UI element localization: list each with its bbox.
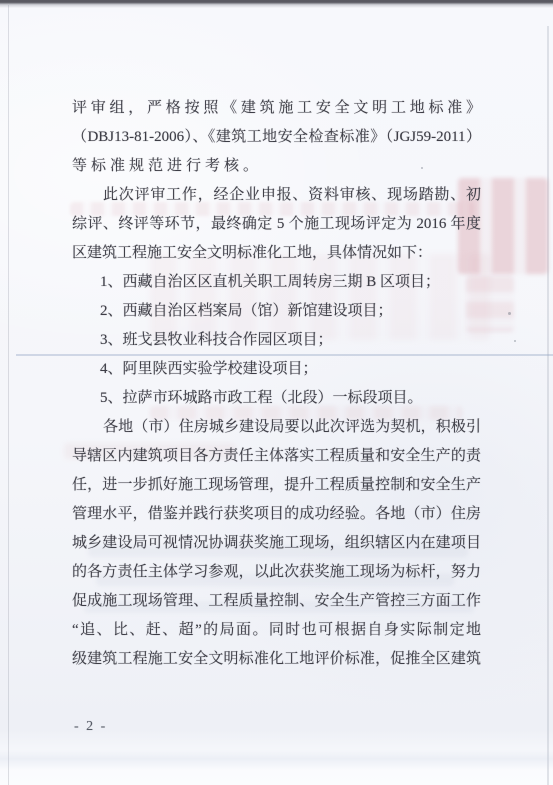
scanned-document-page: 评审组，严格按照《建筑施工安全文明工地标准》 （DBJ13-81-2006）、《… <box>0 0 553 785</box>
scan-speck <box>508 312 511 315</box>
scan-left-edge-line <box>8 5 9 785</box>
text-line: 综评、终评等环节，最终确定 5 个施工现场评定为 2016 年度全 <box>72 210 481 239</box>
text-line: 的各方责任主体学习参观，以此次获奖施工现场为标杆，努力 <box>72 558 481 587</box>
text-line: 等标准规范进行考核。 <box>72 152 481 181</box>
text-line: 城乡建设局可视情况协调获奖施工现场，组织辖区内在建项目 <box>72 529 481 558</box>
body-text: 评审组，严格按照《建筑施工安全文明工地标准》 （DBJ13-81-2006）、《… <box>72 94 481 674</box>
scan-bottom-shadow-band <box>0 750 553 770</box>
text-line: （DBJ13-81-2006）、《建筑工地安全检查标准》（JGJ59-2011） <box>72 123 481 152</box>
list-item: 4、阿里陕西实验学校建设项目； <box>72 355 481 384</box>
list-item: 2、西藏自治区档案局（馆）新馆建设项目； <box>72 297 481 326</box>
page-number: - 2 - <box>74 717 107 737</box>
scan-right-edge-line <box>547 26 549 785</box>
text-line: 促成施工现场管理、工程质量控制、安全生产管控三方面工作 <box>72 587 481 616</box>
scan-top-edge-shadow <box>0 0 553 8</box>
text-line: 导辖区内建筑项目各方责任主体落实工程质量和安全生产的责 <box>72 442 481 471</box>
text-line: 区建筑工程施工安全文明标准化工地，具体情况如下： <box>72 239 481 268</box>
text-line: 评审组，严格按照《建筑施工安全文明工地标准》 <box>72 94 481 123</box>
text-line: 级建筑工程施工安全文明标准化工地评价标准，促推全区建筑 <box>72 645 481 674</box>
text-line: 此次评审工作，经企业申报、资料审核、现场踏勘、初评、 <box>72 181 481 210</box>
list-item: 3、班戈县牧业科技合作园区项目； <box>72 326 481 355</box>
text-line: “追、比、赶、超”的局面。同时也可根据自身实际制定地（市） <box>72 616 481 645</box>
text-line: 管理水平，借鉴并践行获奖项目的成功经验。各地（市）住房 <box>72 500 481 529</box>
text-line: 任，进一步抓好施工现场管理，提升工程质量控制和安全生产 <box>72 471 481 500</box>
scan-speck <box>514 340 516 342</box>
list-item: 5、拉萨市环城路市政工程（北段）一标段项目。 <box>72 384 481 413</box>
text-line: 各地（市）住房城乡建设局要以此次评选为契机，积极引 <box>72 413 481 442</box>
list-item: 1、西藏自治区区直机关职工周转房三期 B 区项目； <box>72 268 481 297</box>
